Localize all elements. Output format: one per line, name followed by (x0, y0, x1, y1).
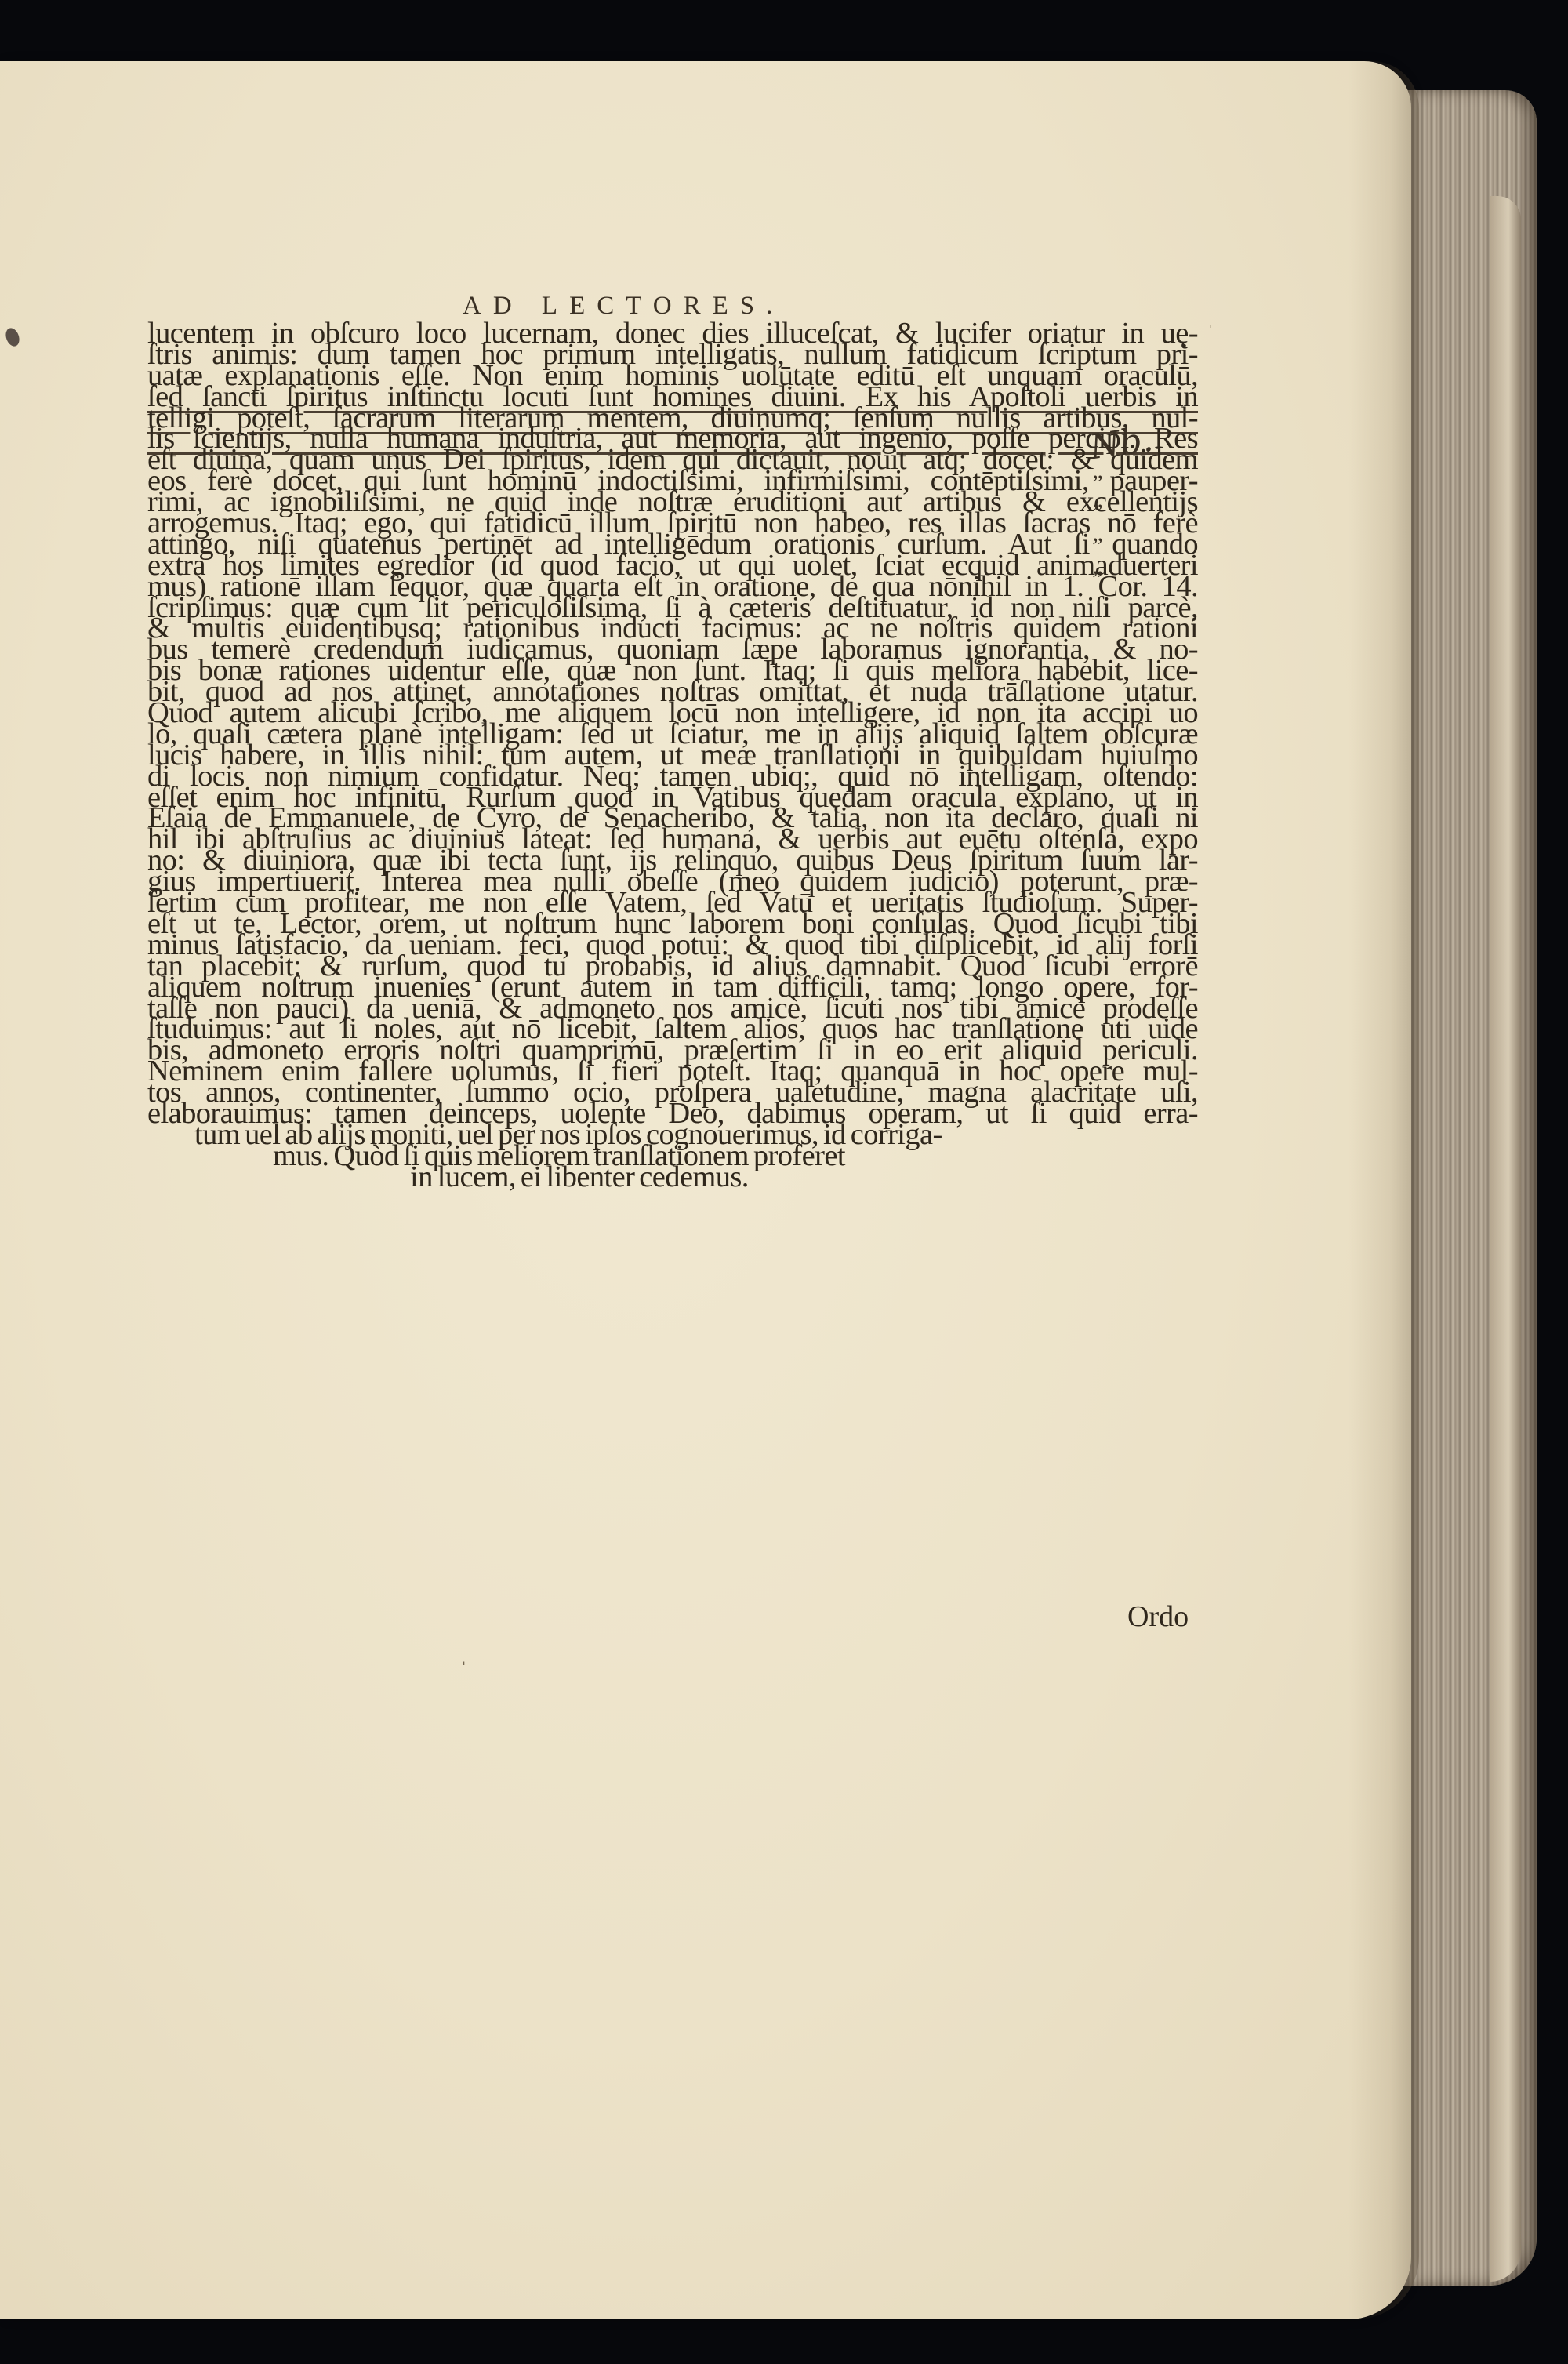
marginal-quote-mark: ” (1090, 566, 1103, 593)
paper-speck: ˌ (461, 1645, 466, 1665)
marginal-quote-mark: ” (1090, 470, 1103, 497)
marginal-quote-mark: ” (1090, 533, 1103, 560)
paper-speck: ˈ (1207, 321, 1213, 342)
body-text: lucentem in obſcuro loco lucernam, donec… (147, 323, 1198, 1188)
book-cover-edge (1490, 196, 1521, 2282)
catchword: Ordo (1127, 1600, 1189, 1634)
paper-speck: ˈ (1113, 823, 1119, 844)
page-curl-shadow (1348, 61, 1419, 2319)
marginal-quote-mark: ” (1090, 499, 1103, 526)
